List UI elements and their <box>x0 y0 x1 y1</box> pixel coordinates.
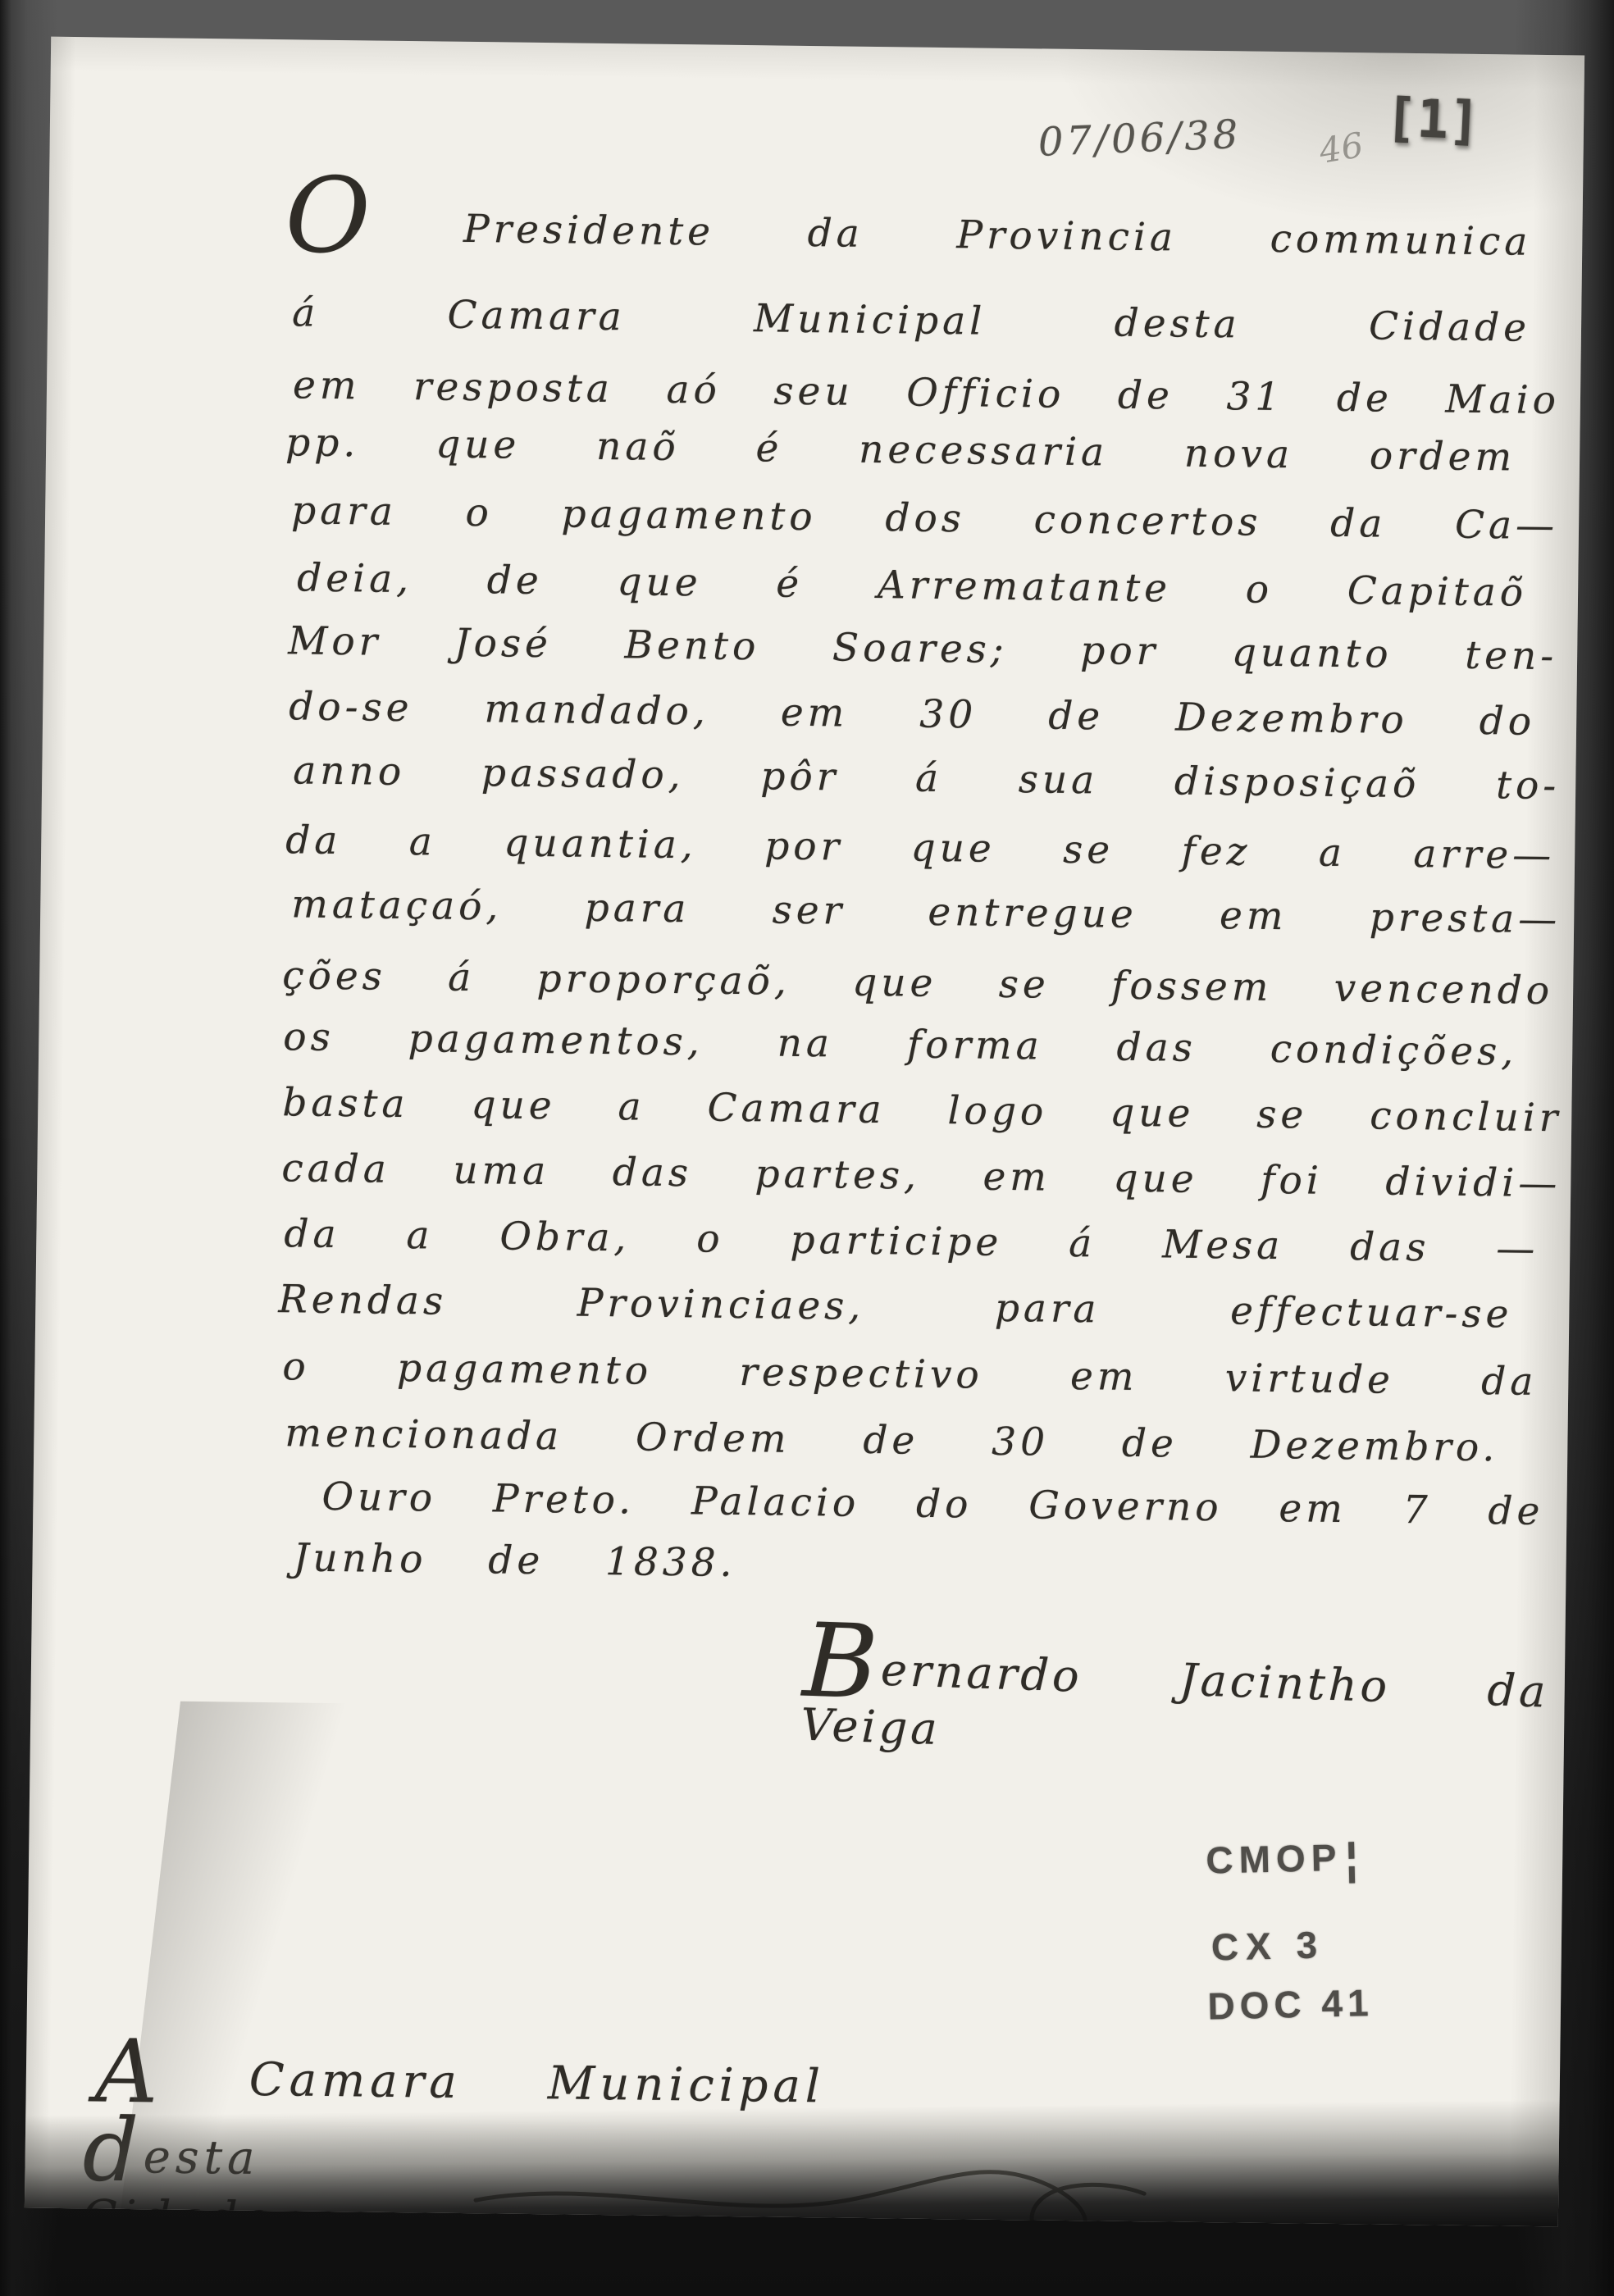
archive-stamp: CMOP¦ CX 3 DOC 41 <box>1202 1827 1473 1833</box>
letter-line: Mor José Bento Soares; por quanto ten- <box>288 614 1558 684</box>
archive-stamp-code: CMOP <box>1206 1836 1343 1882</box>
archive-stamp-line1: CMOP¦ <box>1206 1830 1355 1884</box>
archive-stamp-line2: CX 3 <box>1210 1922 1324 1969</box>
letter-line: Junho de 1838. <box>293 1531 736 1591</box>
letter-line: o pagamento respectivo em virtude da <box>282 1340 1538 1410</box>
scanned-document: 07/06/38 46 [1] O Presidente da Provinci… <box>0 0 1614 2296</box>
letter-line: anno passado, pôr á sua disposiçaõ to- <box>293 744 1561 813</box>
letter-line: mencionada Ordem de 30 de Dezembro. <box>285 1406 1499 1475</box>
corner-stamp: [1] <box>1384 88 1481 153</box>
letter-line: cada uma das partes, em que foi dividi— <box>281 1141 1562 1211</box>
letter-line: ções á proporçaõ, que se fossem vencendo <box>282 949 1554 1018</box>
letter-line: para o pagamento dos concertos da Ca— <box>291 484 1559 553</box>
archive-stamp-mark: ¦ <box>1345 1834 1358 1883</box>
pencil-page-number: 46 <box>1316 125 1366 171</box>
date-annotation: 07/06/38 <box>1037 112 1242 166</box>
paper: 07/06/38 46 [1] O Presidente da Provinci… <box>25 37 1584 2227</box>
letter-line: do-se mandado, em 30 de Dezembro do <box>289 680 1536 749</box>
letter-line: Ouro Preto. Palacio do Governo em 7 de <box>321 1470 1544 1539</box>
letter-line: Rendas Provinciaes, para effectuar-se <box>278 1273 1513 1342</box>
archive-stamp-line3: DOC 41 <box>1207 1980 1374 2029</box>
letter-line: pp. que naõ é necessaria nova ordem <box>285 416 1516 485</box>
letter-line: basta que a Camara logo que se concluir <box>282 1076 1562 1146</box>
letter-line: da a Obra, o participe á Mesa das — <box>284 1207 1539 1277</box>
letter-line: mataçaó, para ser entregue em presta— <box>291 877 1562 947</box>
letter-line: os pagamentos, na forma das condições, <box>283 1010 1518 1079</box>
letter-line: O Presidente da Provincia communica <box>285 200 1532 270</box>
bottom-scan-shadow <box>25 2100 1571 2227</box>
letter-line: deia, de que é Arrematante o Capitaõ <box>297 551 1528 620</box>
signature: Bernardo Jacintho da Veiga <box>800 1639 1549 1779</box>
letter-line: á Camara Municipal desta Cidade <box>292 286 1531 355</box>
letter-line: da a quantia, por que se fez a arre— <box>285 813 1556 883</box>
